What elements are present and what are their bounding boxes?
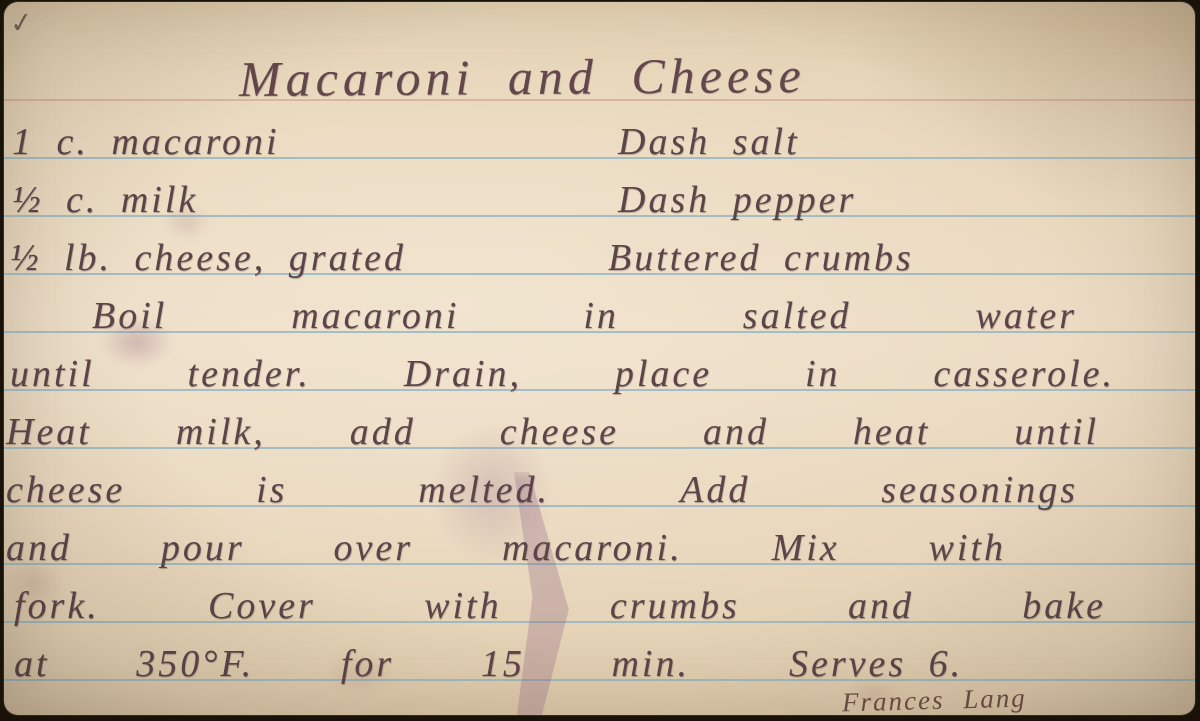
serves-note: Serves 6.	[789, 645, 963, 683]
photo-background: ✓ Macaroni and Cheese 1 c. macaroni ½ c.…	[0, 0, 1200, 721]
ingredient-item: 1 c. macaroni	[12, 123, 280, 161]
recipe-title: Macaroni and Cheese	[239, 50, 806, 104]
instruction-line: cheese is melted. Add seasonings	[6, 471, 1078, 509]
ingredient-item: Buttered crumbs	[608, 239, 914, 277]
recipe-card: ✓ Macaroni and Cheese 1 c. macaroni ½ c.…	[4, 2, 1195, 715]
ingredient-item: Dash salt	[618, 123, 800, 161]
ingredient-item: ½ lb. cheese, grated	[10, 239, 406, 277]
ingredient-item: Dash pepper	[618, 181, 856, 219]
instruction-line: Boil macaroni in salted water	[92, 297, 1077, 335]
instruction-line: until tender. Drain, place in casserole.	[10, 355, 1115, 393]
instruction-line: and pour over macaroni. Mix with	[6, 529, 1006, 567]
instruction-line: fork. Cover with crumbs and bake	[14, 587, 1106, 625]
ingredient-item: ½ c. milk	[12, 181, 198, 219]
instruction-line: Heat milk, add cheese and heat until	[6, 413, 1099, 451]
checkmark-mark: ✓	[8, 8, 38, 39]
instruction-line: at 350°F. for 15 min.	[14, 645, 690, 683]
signature: Frances Lang	[842, 685, 1027, 715]
